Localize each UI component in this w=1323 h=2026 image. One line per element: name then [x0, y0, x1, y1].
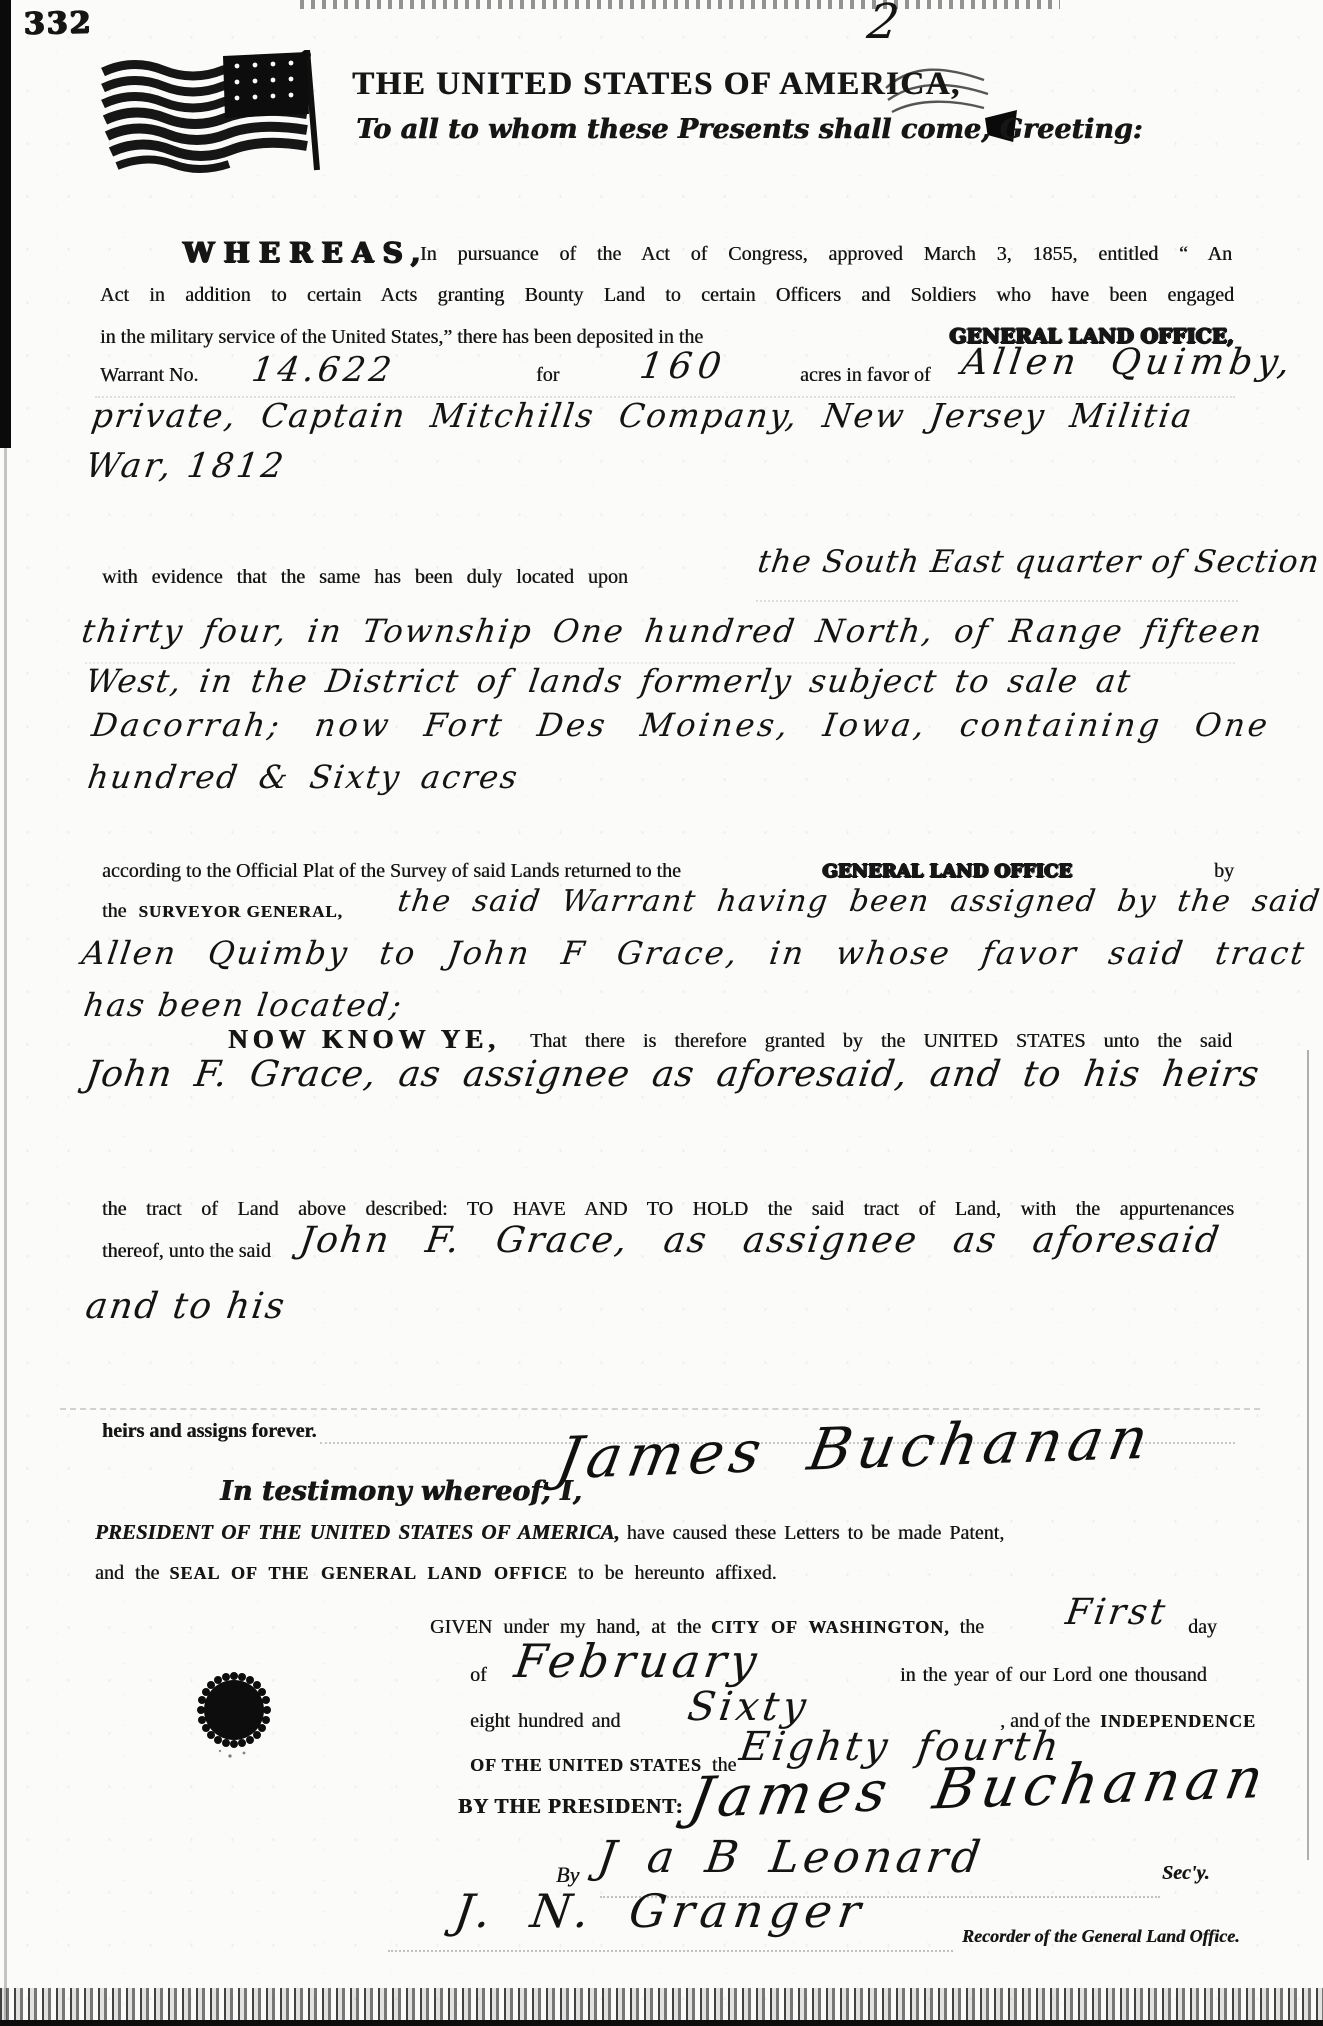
plat-line: according to the Official Plat of the Su…: [102, 860, 1234, 883]
dotted-rule: [756, 600, 1238, 602]
forever-line: heirs and assigns forever.: [102, 1420, 316, 1443]
president-signature-top: James Buchanan: [552, 1404, 1159, 1493]
habendum-hand-1: John F. Grace, as assignee as aforesaid: [297, 1220, 1223, 1261]
page-number: 332: [24, 5, 93, 41]
seal-line-a: and the: [95, 1562, 159, 1584]
testimony-lead: In testimony whereof, I,: [220, 1476, 582, 1507]
whereas-lead: WHEREAS,: [183, 236, 430, 269]
scan-right-line: [1307, 1050, 1309, 1860]
us-flag-icon: [95, 50, 340, 175]
day-value: First: [1063, 1592, 1170, 1633]
assignment-hand-2: Allen Quimby to John F Grace, in whose f…: [79, 934, 1309, 972]
month-value: February: [511, 1634, 764, 1688]
plat-by: by: [1214, 860, 1234, 883]
grantee-hand: John F. Grace, as assignee as aforesaid,…: [83, 1054, 1262, 1095]
whereas-line1: In pursuance of the Act of Congress, app…: [420, 243, 1232, 266]
in-favor-label: acres in favor of: [800, 364, 931, 387]
states-label: OF THE UNITED STATES: [470, 1755, 702, 1775]
scan-noise-top: [300, 0, 1060, 9]
land-office-name: GENERAL LAND OFFICE: [823, 861, 1073, 882]
scan-edge-bottom: [0, 2020, 1323, 2026]
hundred-label: eight hundred and: [470, 1710, 620, 1733]
located-hand-4: Dacorrah; now Fort Des Moines, Iowa, con…: [89, 706, 1272, 744]
pen-mark: 2: [864, 0, 902, 50]
seal-office-label: SEAL OF THE GENERAL LAND OFFICE: [169, 1563, 568, 1583]
habendum-line1: the tract of Land above described: TO HA…: [102, 1198, 1234, 1221]
given-the-1: the: [960, 1616, 984, 1638]
assignment-hand-1: the said Warrant having been assigned by…: [396, 884, 1323, 919]
warrant-no-value: 14.622: [249, 350, 398, 390]
whereas-line2: Act in addition to certain Acts granting…: [100, 284, 1234, 307]
day-label: day: [1188, 1616, 1217, 1639]
recorder-signature: J. N. Granger: [451, 1884, 870, 1938]
surveyor-the: the: [102, 900, 126, 922]
president-title: PRESIDENT OF THE UNITED STATES OF AMERIC…: [95, 1520, 620, 1544]
secretary-title: Sec'y.: [1162, 1862, 1210, 1885]
president-line-rest: have caused these Letters to be made Pat…: [627, 1522, 1005, 1544]
scan-edge-bar: [0, 0, 11, 448]
thereof-label: thereof, unto the said: [102, 1240, 271, 1263]
located-lead: with evidence that the same has been dul…: [102, 566, 628, 589]
independence-label: INDEPENDENCE: [1100, 1711, 1256, 1731]
surveyor-line: the SURVEYOR GENERAL,: [102, 900, 343, 923]
of-label: of: [470, 1664, 487, 1687]
warrant-no-label: Warrant No.: [100, 364, 198, 387]
plat-lead: according to the Official Plat of the Su…: [102, 860, 681, 883]
located-hand-5: hundred & Sixty acres: [85, 758, 521, 796]
whereas-line3-text: in the military service of the United St…: [100, 326, 703, 349]
document-title: THE UNITED STATES OF AMERICA,: [352, 66, 961, 103]
service-line-2: War, 1812: [83, 446, 289, 486]
seal-line: and the SEAL OF THE GENERAL LAND OFFICE …: [95, 1562, 777, 1585]
service-line-1: private, Captain Mitchills Company, New …: [89, 396, 1196, 435]
year-lead: in the year of our Lord one thousand: [900, 1664, 1207, 1687]
acres-value: 160: [637, 346, 729, 387]
salutation-line: To all to whom these Presents shall come…: [356, 114, 1142, 145]
president-line: PRESIDENT OF THE UNITED STATES OF AMERIC…: [95, 1520, 1004, 1545]
recorder-title: Recorder of the General Land Office.: [962, 1926, 1240, 1947]
for-label: for: [536, 364, 559, 387]
surveyor-general-label: SURVEYOR GENERAL,: [138, 902, 342, 921]
now-know-ye: NOW KNOW YE,: [228, 1024, 500, 1055]
warrantee-name: Allen Quimby,: [959, 342, 1297, 383]
by-president-label: BY THE PRESIDENT:: [458, 1794, 684, 1819]
land-office-seal-icon: [190, 1668, 278, 1764]
land-patent-document: 332 2 THE UNITED STATES OF AMERICA, To a…: [0, 0, 1323, 2026]
dotted-rule: [388, 1950, 953, 1952]
granted-line: That there is therefore granted by the U…: [530, 1030, 1232, 1053]
habendum-hand-2: and to his: [83, 1286, 289, 1327]
scan-edge-line: [4, 448, 7, 2026]
located-hand-2: thirty four, in Township One hundred Nor…: [79, 612, 1266, 650]
seal-line-b: to be hereunto affixed.: [578, 1562, 777, 1584]
located-hand-3: West, in the District of lands formerly …: [83, 662, 1134, 700]
assignment-hand-3: has been located;: [81, 986, 405, 1024]
secretary-signature: J a B Leonard: [594, 1832, 987, 1883]
located-hand-1: the South East quarter of Section: [755, 544, 1322, 580]
